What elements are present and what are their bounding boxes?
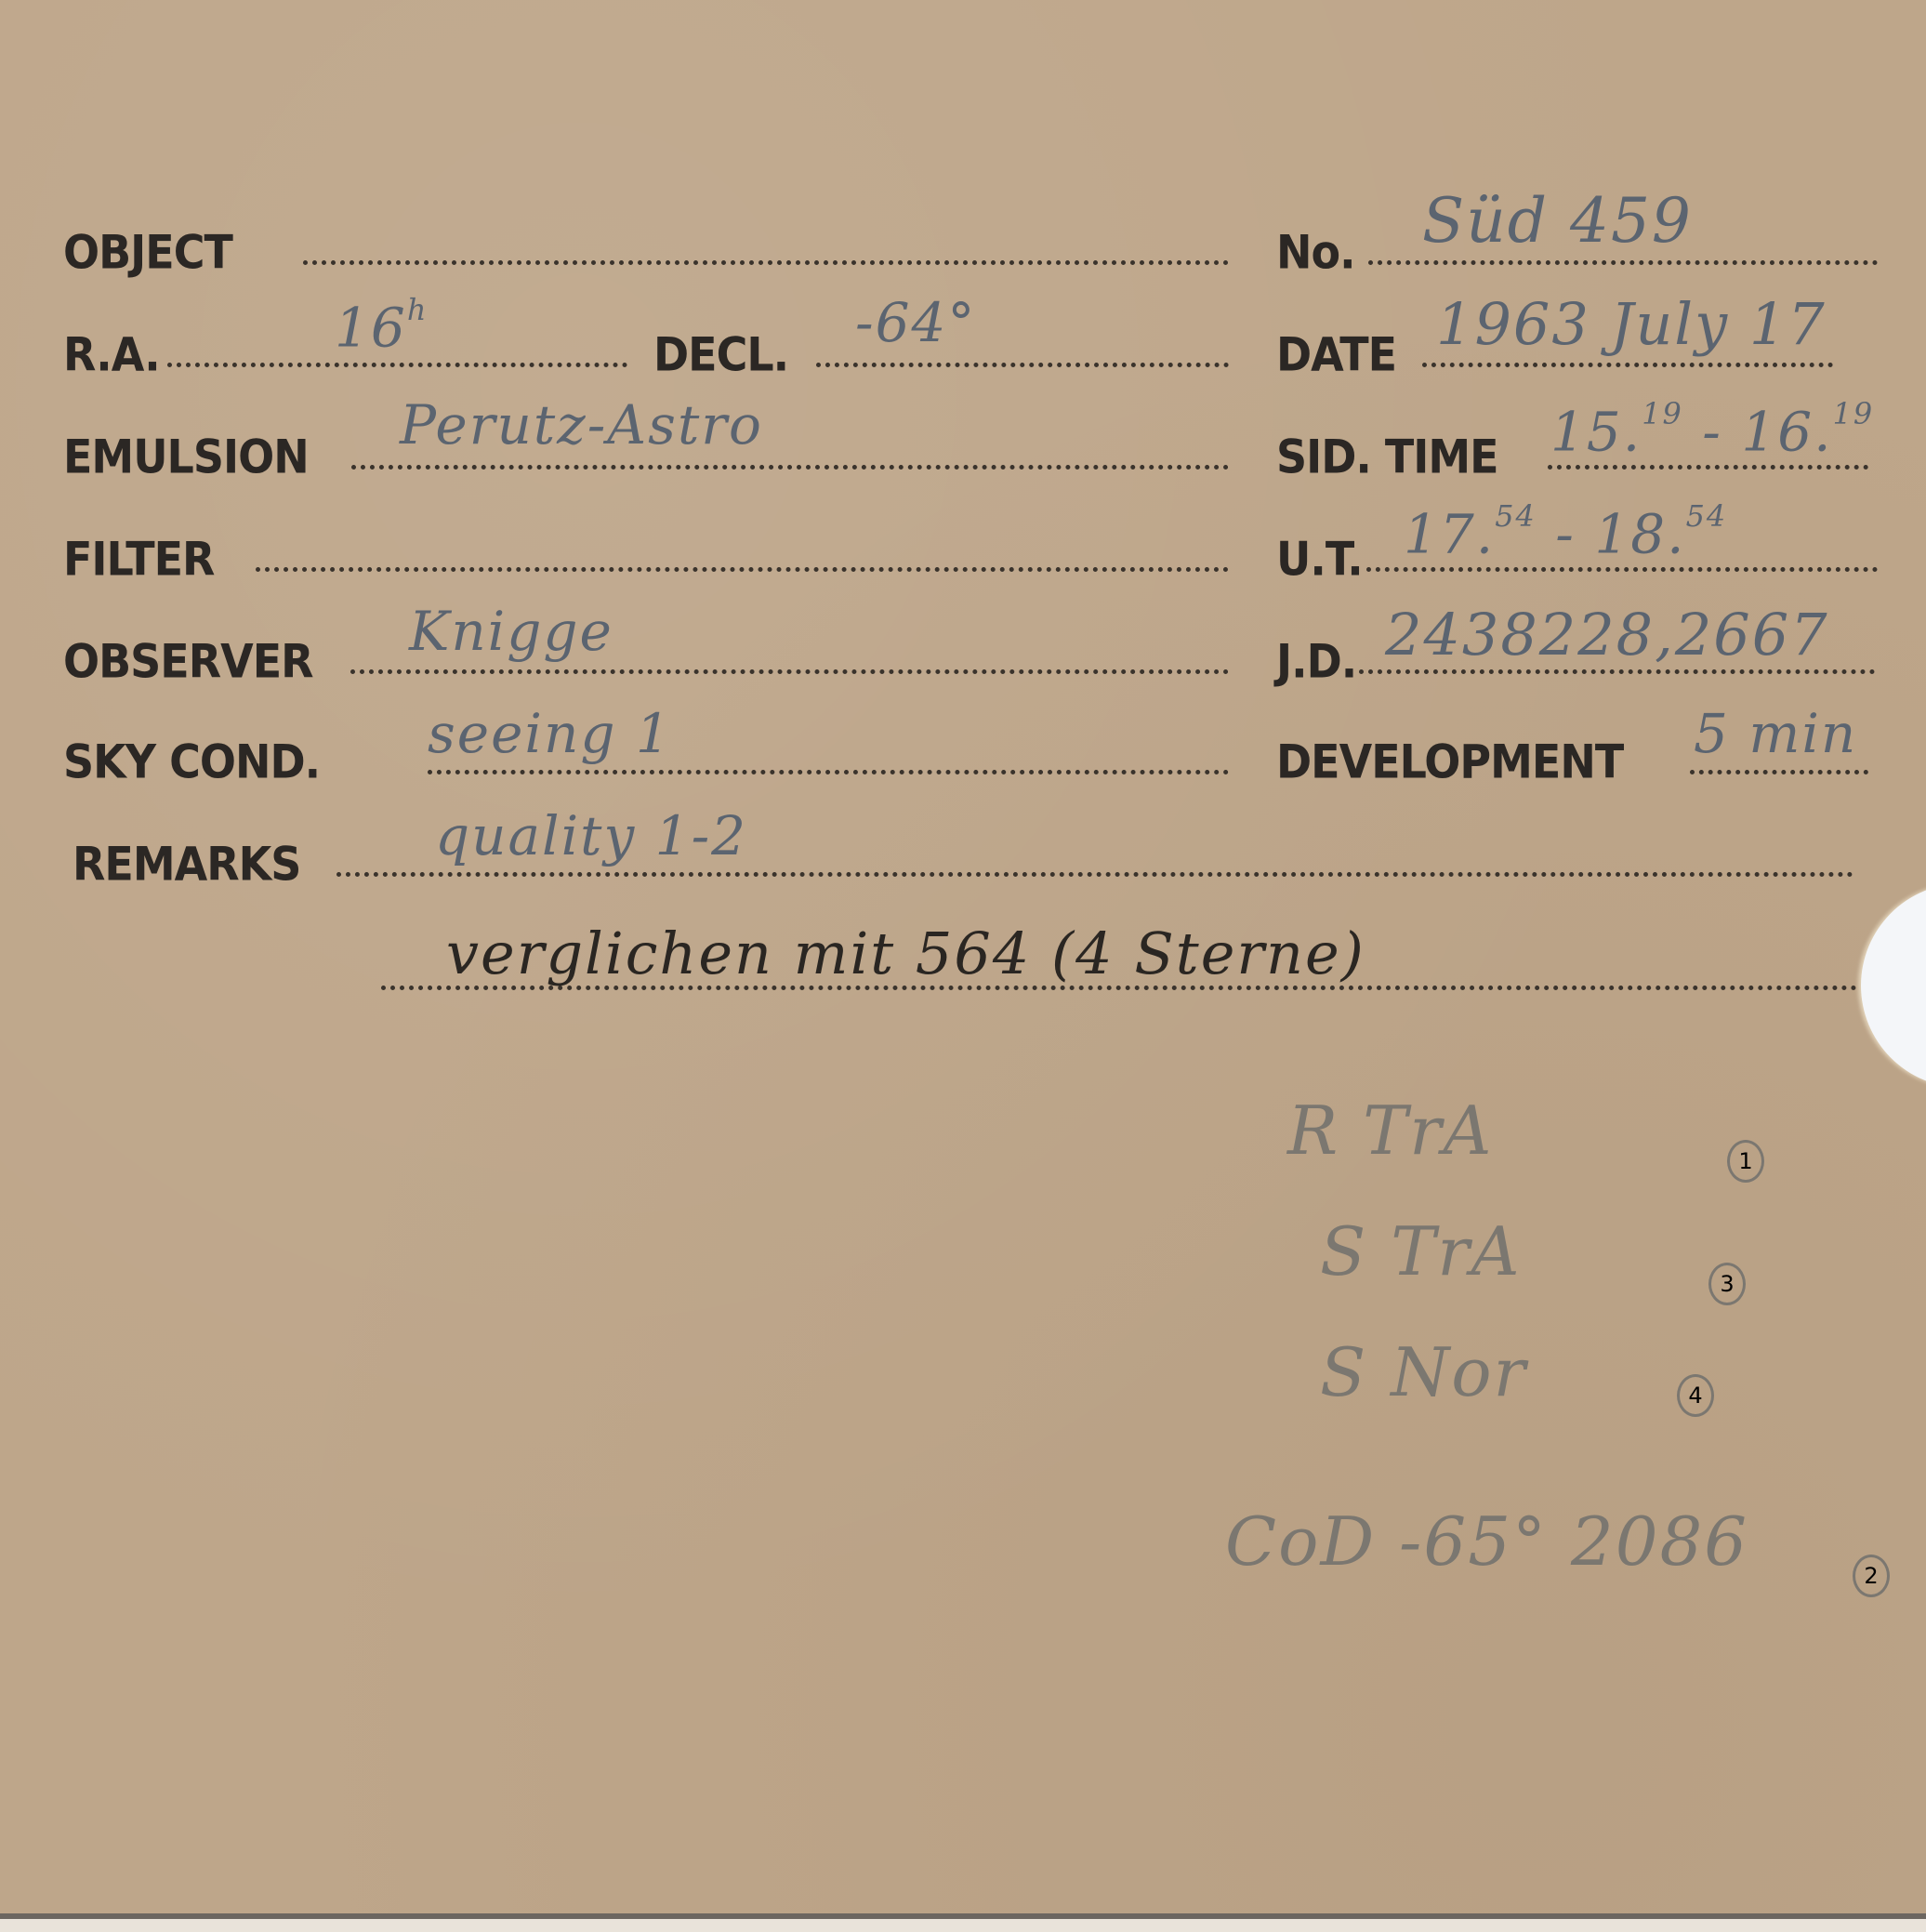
remarks-value-line-2: verglichen mit 564 (4 Sterne): [446, 925, 1365, 983]
date-value: 1963 July 17: [1436, 296, 1827, 353]
sid-time-field-line[interactable]: [1548, 465, 1868, 470]
jd-label: J.D.: [1276, 638, 1356, 684]
emulsion-field-line[interactable]: [351, 465, 1229, 470]
emulsion-value: Perutz-Astro: [400, 398, 763, 452]
no-label: No.: [1276, 229, 1355, 275]
observer-value: Knigge: [409, 604, 613, 658]
remarks-value-line-1: quality 1-2: [435, 809, 747, 863]
pencil-note-3: S Nor: [1320, 1339, 1527, 1406]
scan-background: [0, 1919, 1926, 1932]
ut-end-min: 54: [1686, 498, 1728, 534]
remarks-field-line-1[interactable]: [336, 872, 1853, 877]
remarks-label: REMARKS: [73, 840, 300, 887]
sid-time-start: 15.: [1550, 401, 1642, 464]
ut-end: 18.: [1594, 503, 1685, 566]
jd-value: 2438228,2667: [1385, 606, 1829, 664]
sid-time-start-min: 19: [1642, 396, 1683, 431]
ut-separator: -: [1537, 503, 1594, 566]
sky-cond-label: SKY COND.: [63, 738, 320, 785]
object-field-line[interactable]: [303, 260, 1229, 265]
observer-field-line[interactable]: [350, 669, 1229, 674]
emulsion-label: EMULSION: [63, 433, 309, 480]
sky-cond-value: seeing 1: [428, 707, 672, 761]
sid-time-end: 16.: [1741, 401, 1832, 464]
ra-value: 16h: [335, 296, 428, 355]
no-field-line[interactable]: [1368, 260, 1878, 265]
ra-field-line[interactable]: [167, 363, 627, 367]
ra-label: R.A.: [63, 331, 160, 377]
ut-start: 17.: [1404, 503, 1495, 566]
pencil-note-2: S TrA: [1320, 1218, 1522, 1285]
filter-field-line[interactable]: [256, 567, 1229, 572]
development-value: 5 min: [1694, 707, 1857, 761]
sid-time-label: SID. TIME: [1276, 433, 1498, 480]
pencil-note-4: CoD -65° 2086: [1225, 1508, 1748, 1575]
pencil-note-2-marker: 3: [1708, 1263, 1746, 1305]
decl-value: -64°: [855, 296, 976, 350]
pencil-note-3-marker: 4: [1677, 1374, 1714, 1417]
development-field-line[interactable]: [1690, 770, 1868, 774]
development-label: DEVELOPMENT: [1276, 738, 1623, 785]
sid-time-end-min: 19: [1833, 396, 1875, 431]
jd-field-line[interactable]: [1359, 669, 1875, 674]
ut-label: U.T.: [1276, 536, 1363, 582]
ut-value: 17.54 - 18.54: [1404, 502, 1727, 562]
sid-time-value: 15.19 - 16.19: [1550, 400, 1874, 459]
object-label: OBJECT: [63, 229, 232, 275]
pencil-note-1-marker: 1: [1727, 1140, 1764, 1183]
pencil-note-1: R TrA: [1287, 1097, 1494, 1164]
decl-label: DECL.: [653, 331, 788, 377]
ut-start-min: 54: [1495, 498, 1537, 534]
decl-field-line[interactable]: [816, 363, 1229, 367]
filter-label: FILTER: [63, 536, 214, 582]
observer-label: OBSERVER: [63, 638, 313, 684]
ra-hours: 16: [335, 297, 407, 360]
ut-field-line[interactable]: [1366, 567, 1878, 572]
sid-time-separator: -: [1683, 401, 1741, 464]
date-label: DATE: [1276, 331, 1396, 377]
no-value: Süd 459: [1422, 191, 1693, 252]
date-field-line[interactable]: [1422, 363, 1833, 367]
pencil-note-4-marker: 2: [1853, 1555, 1890, 1597]
ra-unit: h: [407, 292, 429, 327]
sky-cond-field-line[interactable]: [428, 770, 1229, 774]
